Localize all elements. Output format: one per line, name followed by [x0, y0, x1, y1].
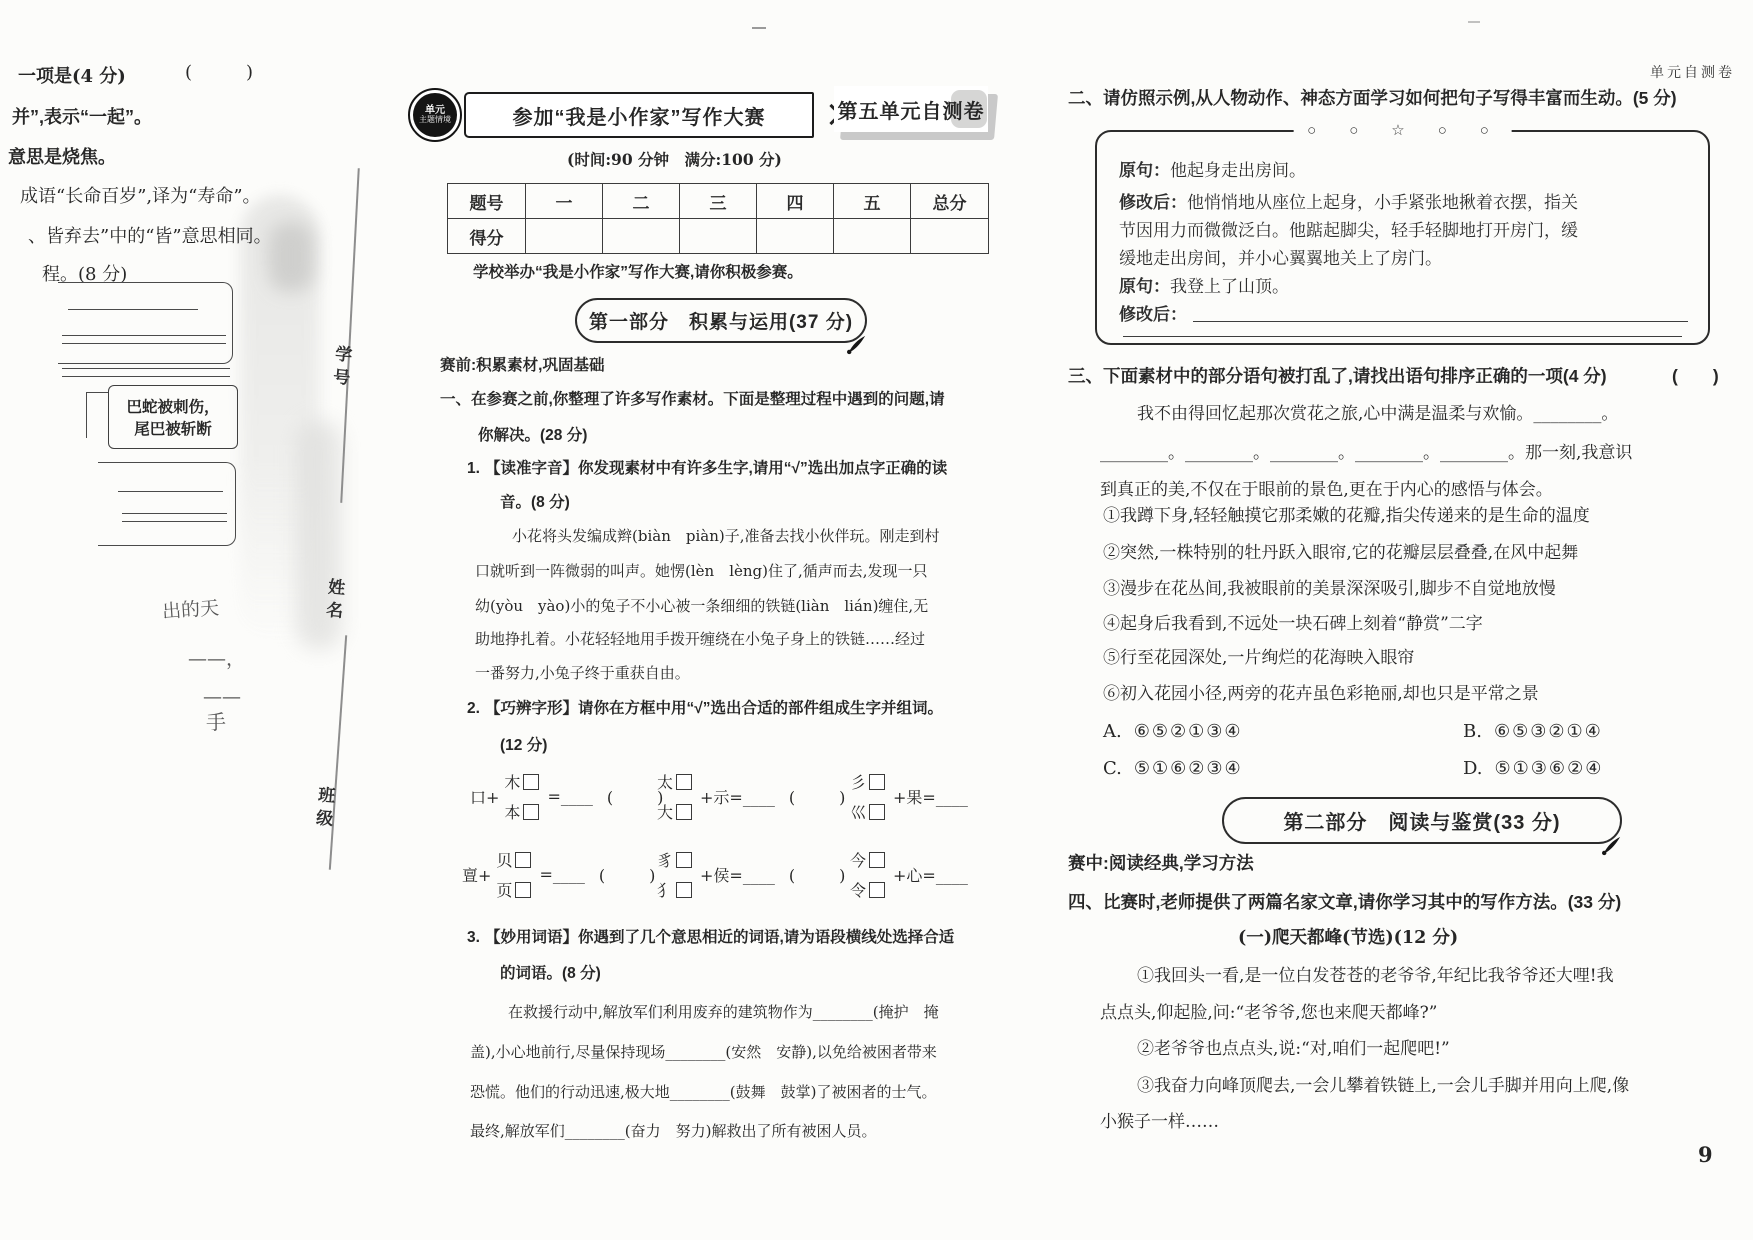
char-result-blank: =____	[539, 865, 584, 884]
handwriting-fragment: 手	[206, 706, 226, 735]
answer-blank-line	[1123, 336, 1682, 337]
flowchart-rule	[62, 376, 230, 377]
score-row-label: 得分	[448, 219, 526, 254]
char-builder-group: 口+ 木 本 =____ ( )	[470, 770, 667, 823]
example-row: 原句： 他起身走出房间。	[1119, 156, 1688, 181]
flowchart-rule	[62, 335, 226, 336]
char-option: 豸	[657, 848, 673, 871]
score-cell-empty	[603, 219, 680, 254]
option-label: B.	[1463, 721, 1482, 742]
badge-text: 主题情境	[419, 116, 451, 125]
q1-sub1-passage-line: 一番努力,小兔子终于重获自由。	[475, 664, 690, 683]
scan-smudge	[268, 222, 314, 292]
score-cell-empty	[757, 219, 834, 254]
q3-item: ⑤行至花园深处,一片绚烂的花海映入眼帘	[1103, 648, 1414, 669]
char-option: 今	[850, 848, 866, 871]
scan-mark	[752, 27, 766, 29]
char-builder-group: 豸 犭 +侯=____ ( )	[652, 848, 849, 901]
check-box	[869, 882, 885, 898]
score-cell-empty	[680, 219, 757, 254]
flowchart-rule	[122, 521, 227, 522]
q4-passage-line: ②老爷爷也点点头,说:“对,咱们一起爬吧!”	[1137, 1039, 1450, 1060]
q1-sub1-passage-line: 小花将头发编成辫(biàn piàn)子,准备去找小伙伴玩。刚走到村	[512, 527, 939, 546]
left-fragment-line: 、皆弃去”中的“皆”意思相同。	[28, 226, 272, 249]
q3-option-b: B.⑥⑤③②①④	[1463, 720, 1603, 744]
score-header-cell: 题号	[448, 184, 526, 219]
q1-sub3-passage-line: 在救援行动中,解放军们利用废弃的建筑物作为________(掩护 掩	[508, 1003, 939, 1022]
option-label: A.	[1103, 721, 1122, 742]
option-label: D.	[1463, 758, 1483, 779]
check-box	[523, 804, 539, 820]
char-result-blank: +侯=____	[700, 863, 775, 886]
left-fragment-line: 一项是(4 分)	[18, 66, 126, 89]
left-fragment-line: 意思是烧焦。	[8, 146, 116, 169]
example-row: 修改后：	[1119, 300, 1688, 325]
word-blank-paren: ( )	[789, 863, 850, 886]
example-row-text: 缓地走出房间，并小心翼翼地关上了房门。	[1119, 244, 1442, 269]
flowchart-label-line: 巴蛇被刺伤，	[126, 395, 219, 417]
q1-sub2-stem: 2.【巧辨字形】请你在方框中用“√”选出合适的部件组成生字并组词。	[467, 699, 943, 718]
paper-title-text: 第五单元自测卷	[838, 95, 985, 124]
flowchart-shape	[58, 282, 233, 364]
theme-banner-title: 参加“我是小作家”写作大赛	[513, 101, 766, 130]
q1-sub1-passage-line: 助地挣扎着。小花轻轻地用手拨开缠绕在小兔子身上的铁链……经过	[475, 630, 925, 649]
char-options: 木 本	[504, 770, 539, 823]
example-row-text: 我登上了山顶。	[1170, 272, 1289, 297]
char-option: 大	[657, 800, 673, 823]
example-box: ○ ○ ☆ ○ ○ 原句： 他起身走出房间。 修改后： 他悄悄地从座位上起身，小…	[1095, 130, 1710, 345]
check-box	[869, 804, 885, 820]
decor-circles-star: ○ ○ ☆ ○ ○	[1293, 119, 1512, 140]
exam-intro: 学校举办“我是小作家”写作大赛,请你积极参赛。	[473, 263, 803, 282]
char-option: 巛	[850, 800, 866, 823]
q3-answer-paren: ( )	[1672, 366, 1719, 388]
q1-sub3-stem-line2: 的词语。(8 分)	[500, 964, 601, 983]
left-fragment-line: 成语“长命百岁”,译为“寿命”。	[20, 186, 261, 209]
flowchart-rule	[118, 491, 223, 492]
q1-stem-line2: 你解决。(28 分)	[478, 426, 587, 445]
char-option: 太	[657, 770, 673, 793]
check-box	[515, 882, 531, 898]
score-header-cell: 总分	[911, 184, 989, 219]
option-value: ⑤①⑥②③④	[1134, 758, 1243, 779]
score-cell-empty	[834, 219, 911, 254]
flowchart-label-box: 巴蛇被刺伤， 尾巴被斩断	[108, 385, 238, 449]
page-number: 9	[1698, 1142, 1713, 1168]
handwriting-fragment: ——，	[188, 644, 245, 671]
q3-item: ④起身后我看到,不远处一块石碑上刻着“静赏”二字	[1103, 614, 1483, 635]
part1-title: 第一部分 积累与运用(37 分)	[589, 307, 853, 334]
q3-item: ⑥初入花园小径,两旁的花卉虽色彩艳丽,却也只是平常之景	[1103, 684, 1539, 705]
stage-note-during: 赛中:阅读经典,学习方法	[1068, 853, 1254, 875]
char-base: 亶+	[462, 863, 491, 886]
example-row-text: 他起身走出房间。	[1170, 156, 1306, 181]
char-options: 贝 页	[496, 848, 531, 901]
left-fragment-answer-paren: ( )	[185, 62, 259, 85]
q3-option-a: A.⑥⑤②①③④	[1103, 720, 1243, 744]
check-box	[676, 774, 692, 790]
handwriting-fragment: ——	[203, 686, 241, 708]
q1-sub3-stem: 3.【妙用词语】你遇到了几个意思相近的词语,请为语段横线处选择合适	[467, 928, 954, 947]
part2-title: 第二部分 阅读与鉴赏(33 分)	[1283, 806, 1560, 835]
example-row-text: 他悄悄地从座位上起身，小手紧张地揪着衣摆，指关	[1187, 188, 1578, 213]
part1-title-bubble: 第一部分 积累与运用(37 分)	[575, 298, 867, 343]
fold-label-name: 姓名	[319, 577, 348, 625]
example-row: 原句： 我登上了山顶。	[1119, 272, 1688, 297]
score-table: 题号 一 二 三 四 五 总分 得分	[447, 183, 989, 254]
char-result-blank: =____	[547, 787, 592, 806]
word-blank-paren: ( )	[789, 785, 850, 808]
handwriting-fragment: 出的天	[161, 593, 220, 624]
char-option: 令	[850, 878, 866, 901]
q1-sub1-stem-line2: 音。(8 分)	[500, 493, 570, 512]
q3-passage-line: ________。________。________。________。____…	[1100, 443, 1632, 464]
brush-icon	[1598, 835, 1624, 857]
check-box	[676, 804, 692, 820]
flowchart-rule	[122, 513, 227, 514]
score-table-header-row: 题号 一 二 三 四 五 总分	[448, 184, 989, 219]
fold-label-class: 班级	[309, 785, 338, 833]
q4-stem: 四、比赛时,老师提供了两篇名家文章,请你学习其中的写作方法。(33 分)	[1068, 892, 1621, 914]
answer-blank-line	[1193, 321, 1688, 322]
theme-banner: 参加“我是小作家”写作大赛	[464, 92, 814, 138]
check-box	[869, 852, 885, 868]
char-options: 彡 巛	[850, 770, 885, 823]
stage-note-before: 赛前:积累素材,巩固基础	[440, 356, 604, 375]
q3-item: ②突然,一株特别的牡丹跃入眼帘,它的花瓣层层叠叠,在风中起舞	[1103, 543, 1578, 564]
char-builder-group: 彡 巛 +果=____	[845, 770, 968, 823]
char-builder-group: 太 大 +示=____ ( )	[652, 770, 849, 823]
char-options: 今 令	[850, 848, 885, 901]
reading-title: (一)爬天都峰(节选)(12 分)	[1238, 928, 1458, 950]
left-fragment-line: 并”,表示“一起”。	[12, 106, 152, 129]
score-header-cell: 三	[680, 184, 757, 219]
q1-sub3-passage-line: 恐慌。他们的行动迅速,极大地________(鼓舞 鼓掌)了被困者的士气。	[470, 1083, 936, 1102]
check-box	[515, 852, 531, 868]
q2-stem: 二、请仿照示例,从人物动作、神态方面学习如何把句子写得丰富而生动。(5 分)	[1068, 88, 1677, 110]
item-stem-text: 你遇到了几个意思相近的词语,请为语段横线处选择合适	[578, 929, 954, 946]
char-option: 彡	[850, 770, 866, 793]
score-header-cell: 二	[603, 184, 680, 219]
score-table-score-row: 得分	[448, 219, 989, 254]
char-options: 豸 犭	[657, 848, 692, 901]
brush-icon	[843, 334, 869, 356]
q1-sub1-passage-line: 口就听到一阵微弱的叫声。她愣(lèn lèng)住了,循声而去,发现一只	[475, 562, 928, 581]
option-value: ⑤①③⑥②④	[1495, 758, 1604, 779]
paper-title: 第五单元自测卷	[834, 86, 988, 132]
char-option: 本	[504, 800, 520, 823]
flowchart-rule	[68, 309, 198, 310]
fold-line	[329, 635, 347, 870]
char-result-blank: +果=____	[893, 785, 968, 808]
example-row: 修改后： 他悄悄地从座位上起身，小手紧张地揪着衣摆，指关	[1119, 188, 1688, 213]
char-result-blank: +示=____	[700, 785, 775, 808]
score-header-cell: 一	[526, 184, 603, 219]
q1-sub1-passage-line: 幼(yòu yào)小的兔子不小心被一条细细的铁链(liàn lián)缠住,无	[475, 597, 928, 616]
flowchart-rule	[62, 368, 230, 369]
flowchart-connector	[86, 392, 108, 438]
q1-sub3-passage-line: 盖),小心地前行,尽量保持现场________(安然 安静),以免给被困者带来	[470, 1043, 937, 1062]
item-tag: 【巧辨字形】	[485, 700, 578, 717]
flowchart-label-line: 尾巴被斩断	[134, 417, 212, 439]
char-builder-group: 今 令 +心=____	[845, 848, 968, 901]
char-option: 页	[496, 878, 512, 901]
check-box	[676, 852, 692, 868]
time-score-meta: (时间:90 分钟 满分:100 分)	[567, 150, 782, 169]
q4-passage-line: 小猴子一样……	[1100, 1112, 1219, 1133]
q4-passage-line: ③我奋力向峰顶爬去,一会儿攀着铁链上,一会儿手脚并用向上爬,像	[1137, 1076, 1629, 1097]
q3-item: ①我蹲下身,轻轻触摸它那柔嫩的花瓣,指尖传递来的是生命的温度	[1103, 506, 1590, 527]
item-number: 3.	[467, 929, 480, 946]
item-stem-text: 你发现素材中有许多生字,请用“√”选出加点字正确的读	[578, 460, 947, 477]
score-header-cell: 五	[834, 184, 911, 219]
example-row-label: 原句：	[1119, 272, 1170, 297]
q4-passage-line: ①我回头一看,是一位白发苍苍的老爷爷,年纪比我爷爷还大哩!我	[1137, 966, 1614, 987]
q3-item: ③漫步在花丛间,我被眼前的美景深深吸引,脚步不自觉地放慢	[1103, 579, 1556, 600]
q1-sub1-stem: 1.【读准字音】你发现素材中有许多生字,请用“√”选出加点字正确的读	[467, 459, 947, 478]
flowchart-rule	[62, 343, 226, 344]
char-option: 贝	[496, 848, 512, 871]
q1-sub2-stem-line2: (12 分)	[500, 736, 547, 755]
unit-theme-badge: 单元 主题情境	[408, 88, 462, 142]
q4-passage-line: 点点头,仰起脸,问:“老爷爷,您也来爬天都峰?”	[1100, 1003, 1437, 1024]
fold-line	[340, 168, 359, 503]
unit-theme-badge-icon: 单元 主题情境	[413, 93, 457, 137]
option-label: C.	[1103, 758, 1122, 779]
q3-option-c: C.⑤①⑥②③④	[1103, 757, 1243, 781]
item-tag: 【妙用词语】	[485, 929, 578, 946]
q3-stem: 三、下面素材中的部分语句被打乱了,请找出语句排序正确的一项(4 分)	[1068, 366, 1607, 388]
option-value: ⑥⑤③②①④	[1494, 721, 1603, 742]
option-value: ⑥⑤②①③④	[1134, 721, 1243, 742]
char-option: 木	[504, 770, 520, 793]
example-row: 节因用力而微微泛白。他踮起脚尖，轻手轻脚地打开房门，缓	[1119, 216, 1688, 241]
q1-stem-line1: 一、在参赛之前,你整理了许多写作素材。下面是整理过程中遇到的问题,请	[440, 390, 945, 409]
example-row-label: 修改后：	[1119, 188, 1187, 213]
flowchart-shape	[98, 462, 236, 546]
char-base: 口+	[470, 785, 499, 808]
q3-passage-line: 我不由得回忆起那次赏花之旅,心中满是温柔与欢愉。________。	[1137, 404, 1618, 425]
item-tag: 【读准字音】	[485, 460, 578, 477]
example-row-label: 修改后：	[1119, 300, 1187, 325]
running-header: 单元自测卷	[1650, 64, 1735, 82]
item-stem-text: 请你在方框中用“√”选出合适的部件组成生字并组词。	[578, 700, 943, 717]
check-box	[523, 774, 539, 790]
q1-sub3-passage-line: 最终,解放军们________(奋力 努力)解救出了所有被困人员。	[470, 1122, 876, 1141]
scan-mark	[1468, 21, 1480, 23]
fold-label-student-id: 学号	[326, 344, 355, 392]
item-number: 1.	[467, 460, 480, 477]
example-row-label: 原句：	[1119, 156, 1170, 181]
part2-title-bubble: 第二部分 阅读与鉴赏(33 分)	[1222, 797, 1622, 844]
example-row-text: 节因用力而微微泛白。他踮起脚尖，轻手轻脚地打开房门，缓	[1119, 216, 1578, 241]
char-option: 犭	[657, 878, 673, 901]
char-builder-group: 亶+ 贝 页 =____ ( )	[462, 848, 659, 901]
q3-option-d: D.⑤①③⑥②④	[1463, 757, 1603, 781]
word-blank-paren: ( )	[599, 863, 660, 886]
q3-passage-line: 到真正的美,不仅在于眼前的景色,更在于内心的感悟与体会。	[1100, 480, 1553, 501]
char-options: 太 大	[657, 770, 692, 823]
check-box	[676, 882, 692, 898]
char-result-blank: +心=____	[893, 863, 968, 886]
score-header-cell: 四	[757, 184, 834, 219]
score-cell-empty	[911, 219, 989, 254]
example-row: 缓地走出房间，并小心翼翼地关上了房门。	[1119, 244, 1688, 269]
item-number: 2.	[467, 700, 480, 717]
score-cell-empty	[526, 219, 603, 254]
check-box	[869, 774, 885, 790]
